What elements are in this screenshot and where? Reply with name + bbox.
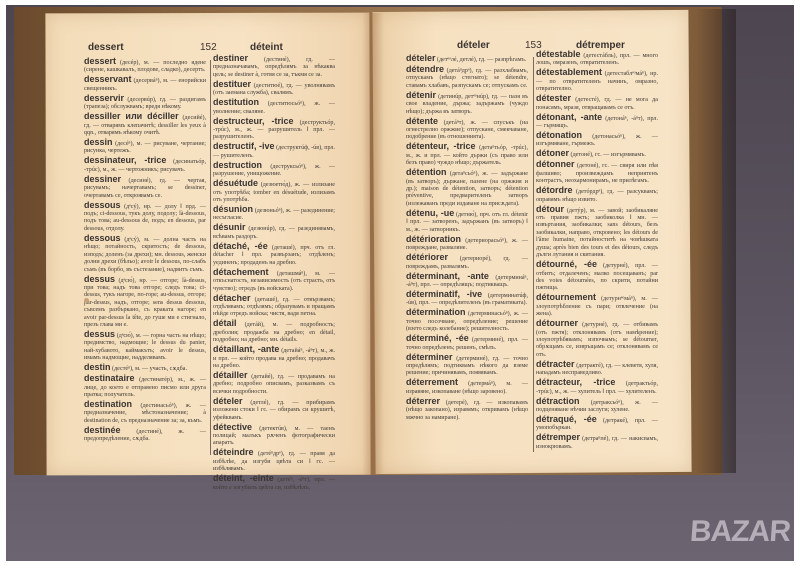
- dictionary-entry: détermination (детерминасьóⁿ), ж. — точн…: [406, 309, 528, 333]
- headword: détester: [536, 93, 571, 103]
- headword: détenir: [406, 90, 436, 100]
- dictionary-entry: détaillant, -ante (детайáⁿ, -áⁿт), м., ж…: [213, 346, 335, 370]
- headword: détonner: [536, 159, 575, 169]
- dictionary-entry: déterminé, -ée (детерминé), прл. — точно…: [406, 335, 528, 352]
- headword: desservant: [84, 74, 132, 84]
- dictionary-entry: destitution (деститюсьóⁿ), ж. — уволнени…: [213, 99, 335, 116]
- left-page-column-2: destiner (дестинé), гд. — предназначавам…: [213, 55, 335, 494]
- dictionary-entry: détente (детáⁿт), ж. — спусъкъ (на огнес…: [406, 118, 528, 142]
- headword: détacher: [213, 293, 251, 303]
- headword: détendre: [406, 64, 444, 74]
- headword: déterrement: [406, 377, 458, 387]
- headword: dételer: [213, 396, 243, 406]
- dictionary-entry: détonation (детонасьóⁿ), ж. — изгърмяван…: [536, 132, 658, 149]
- headword: détenu, -ue: [406, 208, 454, 218]
- book-spine-shadow: [696, 9, 736, 473]
- dictionary-entry: déterrement (детермáⁿ), м. — изравяне, и…: [406, 379, 528, 396]
- headword: détaillant, -ante: [213, 344, 279, 354]
- dictionary-entry: destin (дестéⁿ), м. — участь, сѫдба.: [84, 364, 206, 373]
- headword: destructeur, -trice: [213, 116, 294, 126]
- headword: détail: [213, 318, 237, 328]
- dictionary-entry: détourné, -ée (детурнé), прл. — отбитъ; …: [536, 261, 658, 293]
- dictionary-entry: détenu, -ue (детню́), прч. отъ гл. déten…: [406, 210, 528, 234]
- dictionary-entry: destructeur, -trice (деструктьóр, -трúс)…: [213, 118, 335, 142]
- dictionary-entry: détention (детаⁿсьóⁿ), ж. — задържане (в…: [406, 169, 528, 208]
- headword: déterminant, -ante: [406, 271, 489, 281]
- guide-word-right: détremper: [576, 40, 625, 51]
- dictionary-entry: dessous (дᵉсý), м. — долна часть на нѣщо…: [84, 235, 206, 274]
- headword: détourné, -ée: [536, 259, 597, 269]
- dictionary-entry: dessus (дᵉсю́), м. — горна часть на нѣщо…: [84, 331, 206, 363]
- headword: destinée: [84, 425, 121, 435]
- dictionary-entry: détestablement (детестаблᵉᵒмáⁿ), нр. — п…: [536, 69, 658, 93]
- headword: destination: [84, 399, 132, 409]
- headword: détracter: [536, 359, 575, 369]
- column-divider: [533, 57, 534, 452]
- dictionary-entry: dessous (дᵉсý), нр. — долу ‖ прд. — подъ…: [84, 202, 206, 234]
- dictionary-entry: dételer (детᵉᵒлé, детлé), гд. — разпрѣга…: [406, 55, 528, 64]
- headword: destiner: [213, 53, 248, 63]
- dictionary-entry: détoner (детонé), гс. — изгърмявамъ.: [536, 150, 658, 159]
- headword: dessiner: [84, 174, 121, 184]
- headword: détention: [406, 167, 447, 177]
- photo-background: dessert 152 déteint dételer 153 détrempe…: [6, 5, 794, 561]
- dictionary-entry: détestable (детестáбль), прл. — много ло…: [536, 51, 658, 68]
- headword: désuétude: [213, 178, 258, 188]
- dictionary-entry: destination (дестинасьóⁿ), ж. — предназн…: [84, 401, 206, 425]
- headword: détachement: [213, 267, 269, 277]
- dictionary-entry: détendre (детáⁿдрᵉ), гд. — разхлабвамъ, …: [406, 66, 528, 90]
- dictionary-entry: dessin (десéⁿ), м. — рисуване, чертание;…: [84, 139, 206, 156]
- headword: dessert: [84, 56, 116, 66]
- definition: (детᵉᵒлé, детлé), гд. — разпрѣгамъ.: [437, 57, 526, 63]
- headword: détestablement: [536, 67, 602, 77]
- dictionary-entry: détailler (детайé), гд. — продавамъ на д…: [213, 372, 335, 396]
- dictionary-entry: détail (детáй), м. — подробность; дребол…: [213, 320, 335, 344]
- dictionary-entry: desservant (десервáⁿ), м. — енорийски св…: [84, 76, 206, 93]
- dictionary-entry: déteint, -einte (детéⁿ, -éⁿт), прл. — ко…: [213, 475, 335, 492]
- right-page-column-1: dételer (детᵉᵒлé, детлé), гд. — разпрѣга…: [406, 55, 528, 424]
- left-page-column-1: dessert (десéр), м. — последно ядене (си…: [84, 58, 206, 445]
- dictionary-entry: destruction (деструксьóⁿ), ж. — разрушен…: [213, 162, 335, 179]
- headword: desservir: [84, 93, 124, 103]
- headword: détour: [536, 204, 564, 214]
- headword: détraction: [536, 396, 580, 406]
- dictionary-entry: dételer (детлé), гд. — прибирамъ изложен…: [213, 398, 335, 422]
- right-page-column-2: détestable (детестáбль), прл. — много ло…: [536, 51, 658, 453]
- definition: (дестéⁿ), м. — участь, сѫдба.: [112, 366, 187, 372]
- dictionary-entry: détective (детектúв), м. — таенъ полицай…: [213, 424, 335, 448]
- dictionary-entry: détériorer (детериорé), гд. — повреждамъ…: [406, 254, 528, 271]
- paper-spot: [84, 298, 89, 303]
- headword: déteindre: [213, 447, 254, 457]
- bazar-watermark-logo: BAZAR: [689, 515, 791, 549]
- dictionary-entry: détachement (деташмáⁿ), м. — откъснатост…: [213, 269, 335, 293]
- dictionary-entry: dessinateur, -trice (десинатьóр, -трúс),…: [84, 157, 206, 174]
- dictionary-entry: destructif, -ive (деструктúф, -úв), прл.…: [213, 143, 335, 160]
- dictionary-entry: détremper (детраⁿпé), гд. — накисвамъ, и…: [536, 434, 658, 451]
- headword: détérioration: [406, 234, 461, 244]
- headword: détermination: [406, 307, 466, 317]
- headword: dessin: [84, 137, 113, 147]
- headword: dessous: [84, 233, 121, 243]
- headword: déteint, -einte: [213, 473, 274, 483]
- headword: détective: [213, 422, 252, 432]
- dictionary-entry: détracter (детрактé), гд. — клеветя, хул…: [536, 361, 658, 378]
- headword: déterrer: [406, 396, 440, 406]
- dictionary-entry: destiner (дестинé), гд. — предназначавам…: [213, 55, 335, 79]
- headword: déterminé, -ée: [406, 333, 469, 343]
- dictionary-entry: détonner (детонé), гс. — свиря или пѣя ф…: [536, 161, 658, 185]
- dictionary-entry: détraction (детраксьóⁿ), ж. — подценяван…: [536, 398, 658, 415]
- dictionary-entry: destituer (деститюé), гд. — уволнявамъ (…: [213, 81, 335, 98]
- headword: détournement: [536, 292, 596, 302]
- dictionary-entry: détaché, -ée (деташé), прч. отъ гл. déta…: [213, 243, 335, 267]
- headword: détordre: [536, 185, 573, 195]
- headword: destituer: [213, 79, 251, 89]
- dictionary-entry: déterminer (детерминé), гд. — точно опре…: [406, 354, 528, 378]
- right-page-header: dételer 153 détremper: [6, 40, 794, 54]
- headword: détente: [406, 116, 438, 126]
- definition: (детонé), гс. — изгърмявамъ.: [571, 152, 646, 158]
- column-divider: [210, 60, 211, 455]
- dictionary-entry: détester (детестé), гд. — не мога да пон…: [536, 95, 658, 112]
- page-gutter: [362, 13, 384, 475]
- headword: détoner: [536, 148, 569, 158]
- headword: détraqué, -ée: [536, 414, 597, 424]
- headword: détenteur, -trice: [406, 141, 476, 151]
- definition: (детýр), м. — завой; заобикаляне отъ пра…: [536, 208, 658, 258]
- headword: détremper: [536, 432, 580, 442]
- dictionary-entry: déteindre (детéⁿдрᵉ), гд. — правя да изб…: [213, 449, 335, 473]
- dictionary-entry: détracteur, -trice (детрактьóр, -трúс), …: [536, 379, 658, 396]
- headword: dessous: [84, 200, 121, 210]
- headword: détaché, -ée: [213, 241, 268, 251]
- dictionary-entry: détraqué, -ée (детракé), прл. — умопобър…: [536, 416, 658, 433]
- headword: dessus: [84, 329, 115, 339]
- headword: détracteur, -trice: [536, 377, 615, 387]
- headword: déterminatif, -ive: [406, 289, 482, 299]
- dictionary-entry: déterminatif, -ive (детерминатúф, -úв), …: [406, 291, 528, 308]
- dictionary-entry: désuétude (дезюетю́д), ж. — излизане отъ…: [213, 180, 335, 204]
- dictionary-entry: dessiller или déciller (десийé), гд. — о…: [84, 113, 206, 137]
- headword: désunir: [213, 222, 246, 232]
- headword: dételer: [406, 53, 436, 63]
- dictionary-entry: déterrer (детерé), гд. — изкопавамъ (нѣщ…: [406, 398, 528, 422]
- headword: détailler: [213, 370, 248, 380]
- headword: détourner: [536, 318, 578, 328]
- dictionary-entry: desservir (десервúр), гд. — раздигамъ (т…: [84, 95, 206, 112]
- dictionary-entry: détonant, -ante (детонáⁿ, -áⁿт), прл. — …: [536, 114, 658, 131]
- headword: détonant, -ante: [536, 112, 602, 122]
- headword: destin: [84, 362, 111, 372]
- headword: destitution: [213, 97, 259, 107]
- headword: déterminer: [406, 352, 453, 362]
- dictionary-entry: désunir (дезюнúр), гд. — разединявамъ, в…: [213, 224, 335, 241]
- headword: destruction: [213, 160, 262, 170]
- dictionary-entry: détour (детýр), м. — завой; заобикаляне …: [536, 206, 658, 260]
- dictionary-entry: désunion (дезюньóⁿ), ж. — разединение; н…: [213, 206, 335, 223]
- headword: détestable: [536, 49, 581, 59]
- dictionary-entry: détérioration (детериорасьóⁿ), ж. — повр…: [406, 236, 528, 253]
- dictionary-entry: dessus (дᵉсю́), нр. — отгоре; là-dessus,…: [84, 276, 206, 330]
- guide-word-left: dételer: [457, 40, 490, 51]
- dictionary-entry: destinée (дестинé), ж. — предопредѣление…: [84, 427, 206, 444]
- headword: dessus: [84, 274, 115, 284]
- headword: dessinateur, -trice: [84, 155, 166, 165]
- dictionary-entry: détenteur, -trice (детаⁿтьóр, -трúс), м.…: [406, 143, 528, 167]
- headword: détériorer: [406, 252, 448, 262]
- headword: dessiller или déciller: [84, 111, 179, 121]
- dictionary-entry: dessiner (десинé), гд. — чертая, рисувам…: [84, 176, 206, 200]
- headword: destinataire: [84, 373, 135, 383]
- dictionary-entry: détournement (детурнᵉᵒмáⁿ), м. — злоупот…: [536, 294, 658, 318]
- headword: détonation: [536, 130, 582, 140]
- dictionary-entry: destinataire (дестинатéр), м., ж. — лице…: [84, 375, 206, 399]
- headword: destructif, -ive: [213, 141, 275, 151]
- dictionary-entry: détordre (детóрдрᵉ), гд. — разсуквамъ; о…: [536, 187, 658, 204]
- dictionary-entry: dessert (десéр), м. — последно ядене (си…: [84, 58, 206, 75]
- dictionary-entry: détacher (деташé), гд. — отвързвамъ; отд…: [213, 295, 335, 319]
- headword: désunion: [213, 204, 253, 214]
- dictionary-entry: détourner (детурнé), гд. — отбивамъ (отъ…: [536, 320, 658, 359]
- definition: (дᵉсю́), нр. — отгоре; là-dessus, при то…: [84, 278, 206, 328]
- dictionary-entry: détenir (детинúр, детᵉᵒнúр), гд. — пазя …: [406, 92, 528, 116]
- dictionary-entry: déterminant, -ante (детерминáⁿ, -áⁿт), п…: [406, 273, 528, 290]
